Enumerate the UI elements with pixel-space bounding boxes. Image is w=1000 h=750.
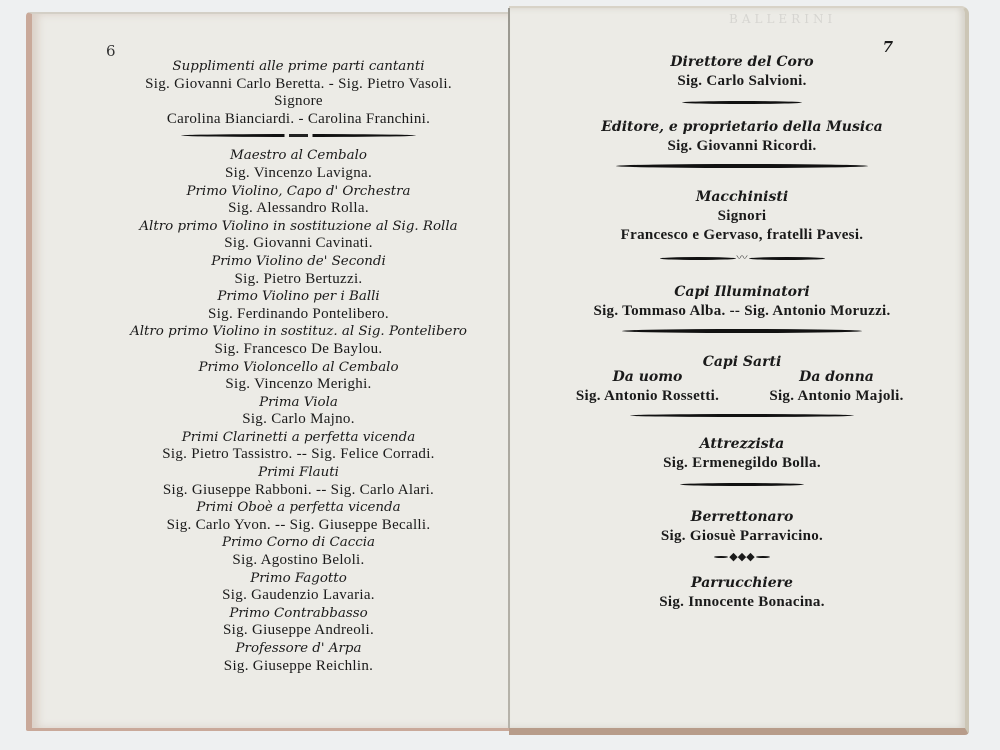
entry-name: Sig. Agostino Beloli. bbox=[82, 552, 515, 570]
ornamental-divider: ◆◆◆ bbox=[549, 552, 935, 562]
divider-bar bbox=[756, 556, 770, 558]
divider-bar bbox=[660, 257, 736, 260]
left-page: 6 Supplimenti alle prime parti cantanti … bbox=[26, 12, 515, 731]
entry-name: Sig. Ferdinando Pontelibero. bbox=[82, 306, 515, 324]
book-gutter bbox=[508, 8, 510, 728]
entry-name: Sig. Giuseppe Andreoli. bbox=[82, 622, 515, 640]
coro-role: Direttore del Coro bbox=[549, 53, 935, 72]
entry-role: Professore d' Arpa bbox=[82, 640, 515, 658]
entry-role: Altro primo Violino in sostituzione al S… bbox=[82, 218, 515, 236]
entry-name: Sig. Francesco De Baylou. bbox=[82, 341, 515, 359]
entry-name: Sig. Carlo Yvon. -- Sig. Giuseppe Becall… bbox=[82, 517, 515, 535]
macchinisti-name: Francesco e Gervaso, fratelli Pavesi. bbox=[549, 226, 935, 245]
divider-bar bbox=[714, 556, 728, 558]
entry-role: Primo Violino de' Secondi bbox=[82, 253, 515, 271]
right-column: Direttore del Coro Sig. Carlo Salvioni. … bbox=[549, 53, 935, 612]
attrezzista-role: Attrezzista bbox=[549, 435, 935, 454]
entry-name: Sig. Pietro Bertuzzi. bbox=[82, 271, 515, 289]
entry-role: Primo Violoncello al Cembalo bbox=[82, 359, 515, 377]
entry-name: Sig. Giuseppe Reichlin. bbox=[82, 658, 515, 676]
ornamental-divider: 〰 bbox=[549, 253, 935, 263]
parrucchiere-name: Sig. Innocente Bonacina. bbox=[549, 593, 935, 612]
entry-role: Primo Violino, Capo d' Orchestra bbox=[82, 183, 515, 201]
coro-name: Sig. Carlo Salvioni. bbox=[549, 72, 935, 91]
entry-role: Primo Violino per i Balli bbox=[82, 288, 515, 306]
entry-role: Primo Fagotto bbox=[82, 570, 515, 588]
entry-name: Sig. Gaudenzio Lavaria. bbox=[82, 587, 515, 605]
macchinisti-role: Macchinisti bbox=[549, 188, 935, 207]
sarti-row: Da uomo Sig. Antonio Rossetti. Da donna … bbox=[549, 372, 935, 406]
entry-role: Primi Flauti bbox=[82, 464, 515, 482]
right-page: BALLERINI 7 Direttore del Coro Sig. Carl… bbox=[509, 6, 969, 735]
entry-role: Primo Corno di Caccia bbox=[82, 534, 515, 552]
divider bbox=[680, 483, 804, 486]
entry-role: Primi Clarinetti a perfetta vicenda bbox=[82, 429, 515, 447]
entry-name: Sig. Vincenzo Lavigna. bbox=[82, 165, 515, 183]
illuminatori-name: Sig. Tommaso Alba. -- Sig. Antonio Moruz… bbox=[549, 302, 935, 321]
editore-name: Sig. Giovanni Ricordi. bbox=[549, 137, 935, 156]
parrucchiere-role: Parrucchiere bbox=[549, 574, 935, 593]
berrettonaro-role: Berrettonaro bbox=[549, 508, 935, 527]
editore-role: Editore, e proprietario della Musica bbox=[549, 118, 935, 137]
divider bbox=[630, 414, 854, 417]
sarti-uomo-name: Sig. Antonio Rossetti. bbox=[553, 387, 742, 406]
ornamental-divider bbox=[181, 134, 416, 137]
supplimenti-names: Sig. Giovanni Carlo Beretta. - Sig. Piet… bbox=[82, 76, 515, 94]
entry-role: Maestro al Cembalo bbox=[82, 147, 515, 165]
entry-name: Sig. Vincenzo Merighi. bbox=[82, 376, 515, 394]
sarti-donna: Da donna Sig. Antonio Majoli. bbox=[742, 372, 931, 406]
show-through-text: BALLERINI bbox=[729, 12, 836, 26]
entry-name: Sig. Giovanni Cavinati. bbox=[82, 235, 515, 253]
sarti-donna-name: Sig. Antonio Majoli. bbox=[742, 387, 931, 406]
macchinisti-label: Signori bbox=[549, 207, 935, 226]
entry-role: Primo Contrabbasso bbox=[82, 605, 515, 623]
divider bbox=[682, 101, 802, 104]
divider bbox=[622, 329, 862, 333]
left-column: Supplimenti alle prime parti cantanti Si… bbox=[82, 58, 515, 675]
entry-role: Primi Oboè a perfetta vicenda bbox=[82, 499, 515, 517]
supplimenti-role: Supplimenti alle prime parti cantanti bbox=[82, 58, 515, 76]
entry-name: Sig. Carlo Majno. bbox=[82, 411, 515, 429]
entry-name: Sig. Giuseppe Rabboni. -- Sig. Carlo Ala… bbox=[82, 482, 515, 500]
open-booklet: 6 Supplimenti alle prime parti cantanti … bbox=[0, 0, 1000, 750]
dots-ornament-icon: ◆◆◆ bbox=[729, 552, 754, 562]
sarti-donna-label: Da donna bbox=[742, 368, 931, 387]
attrezzista-name: Sig. Ermenegildo Bolla. bbox=[549, 454, 935, 473]
illuminatori-role: Capi Illuminatori bbox=[549, 283, 935, 302]
entry-role: Prima Viola bbox=[82, 394, 515, 412]
entry-role: Altro primo Violino in sostituz. al Sig.… bbox=[82, 323, 515, 341]
divider-bar bbox=[749, 257, 825, 260]
signore-names: Carolina Bianciardi. - Carolina Franchin… bbox=[82, 111, 515, 129]
wave-ornament-icon: 〰 bbox=[737, 253, 748, 263]
sarti-uomo-label: Da uomo bbox=[553, 368, 742, 387]
entry-name: Sig. Pietro Tassistro. -- Sig. Felice Co… bbox=[82, 446, 515, 464]
signore-label: Signore bbox=[82, 93, 515, 111]
sarti-uomo: Da uomo Sig. Antonio Rossetti. bbox=[553, 372, 742, 406]
entry-name: Sig. Alessandro Rolla. bbox=[82, 200, 515, 218]
berrettonaro-name: Sig. Giosuè Parravicino. bbox=[549, 527, 935, 546]
divider bbox=[616, 164, 868, 168]
